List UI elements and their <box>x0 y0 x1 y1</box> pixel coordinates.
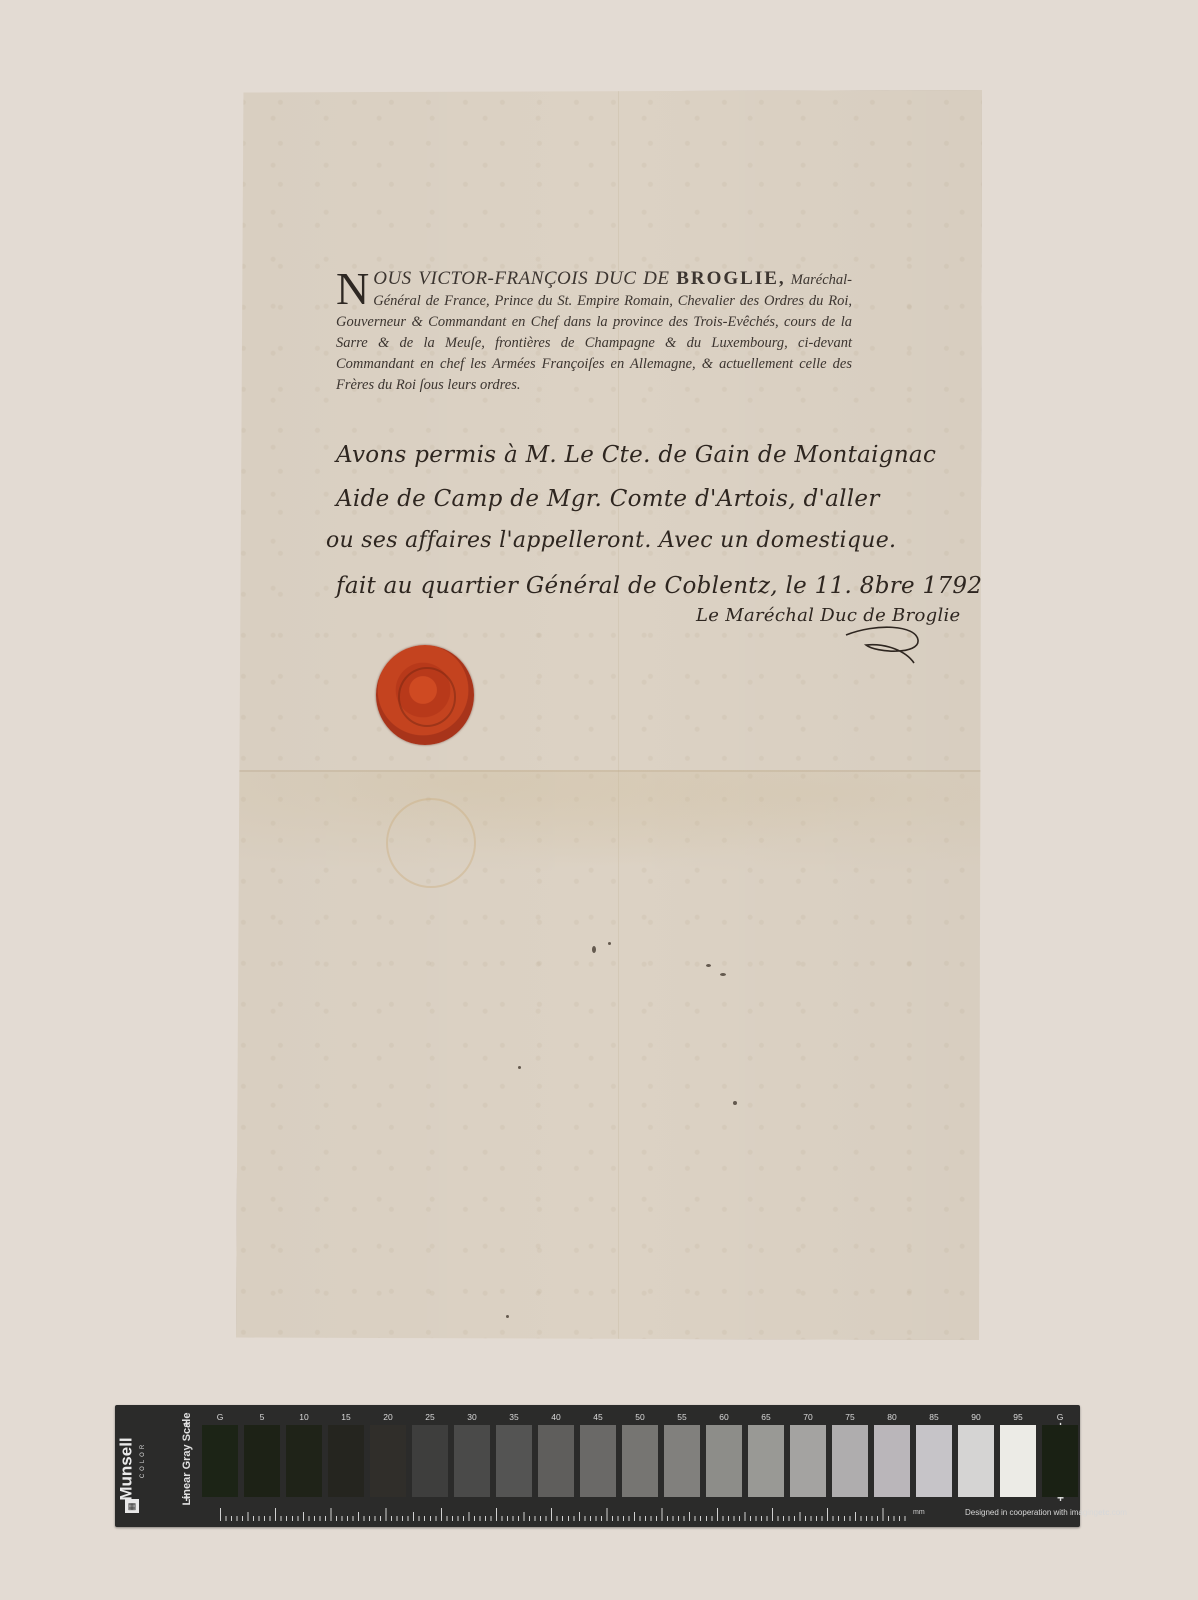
gray-patch <box>916 1425 952 1497</box>
gray-patch <box>328 1425 364 1497</box>
munsell-gray-scale-card: Munsell COLOR ▦ Linear Gray Scale + + + … <box>115 1405 1080 1527</box>
munsell-brand: Munsell COLOR ▦ <box>121 1419 157 1515</box>
patch-label: 40 <box>551 1409 560 1425</box>
credit-text: Designed in cooperation with imagingetc.… <box>965 1508 1127 1517</box>
patch-column: 40 <box>538 1409 574 1497</box>
brand-name: Munsell <box>117 1437 137 1500</box>
patch-label: 70 <box>803 1409 812 1425</box>
seal-impression-ghost <box>386 798 476 888</box>
patch-column: G <box>202 1409 238 1497</box>
gray-patch <box>622 1425 658 1497</box>
patch-column: 65 <box>748 1409 784 1497</box>
patch-label: 85 <box>929 1409 938 1425</box>
signature-flourish-icon <box>836 615 936 665</box>
patch-column: 70 <box>790 1409 826 1497</box>
patch-label: 5 <box>260 1409 265 1425</box>
patch-label: 75 <box>845 1409 854 1425</box>
handwritten-line-3: ou ses affaires l'appelleront. Avec un d… <box>326 528 896 553</box>
patch-column: G <box>1042 1409 1078 1497</box>
patch-label: 10 <box>299 1409 308 1425</box>
brand-subtitle: COLOR <box>140 1442 146 1478</box>
munsell-logo-icon: ▦ <box>125 1499 139 1513</box>
patch-label: 55 <box>677 1409 686 1425</box>
gray-patch <box>958 1425 994 1497</box>
patch-label: 35 <box>509 1409 518 1425</box>
patch-label: 65 <box>761 1409 770 1425</box>
printed-heading: OUS VICTOR-FRANÇOIS DUC DE BROGLIE, <box>373 268 785 289</box>
gray-patch <box>580 1425 616 1497</box>
ink-spot <box>706 964 711 967</box>
heading-title: OUS VICTOR-FRANÇOIS DUC DE <box>373 268 676 289</box>
gray-patch <box>706 1425 742 1497</box>
handwritten-line-2: Aide de Camp de Mgr. Comte d'Artois, d'a… <box>336 486 880 512</box>
ruler-unit: mm <box>913 1509 925 1516</box>
printed-header-text: N OUS VICTOR-FRANÇOIS DUC DE BROGLIE, Ma… <box>336 268 852 396</box>
credit-bold: etc <box>1098 1508 1110 1517</box>
mm-ruler <box>220 1507 906 1521</box>
handwritten-line-1: Avons permis à M. Le Cte. de Gain de Mon… <box>336 442 936 468</box>
patch-column: 90 <box>958 1409 994 1497</box>
patch-column: 60 <box>706 1409 742 1497</box>
handwritten-line-4: fait au quartier Général de Coblentz, le… <box>336 573 982 599</box>
wax-seal <box>376 645 474 745</box>
patch-column: 45 <box>580 1409 616 1497</box>
gray-patch <box>1042 1425 1078 1497</box>
patch-label: 20 <box>383 1409 392 1425</box>
gray-patch <box>1000 1425 1036 1497</box>
foxing-stain <box>236 770 982 890</box>
gray-patch <box>370 1425 406 1497</box>
patch-column: 75 <box>832 1409 868 1497</box>
patch-column: 15 <box>328 1409 364 1497</box>
patch-label: G <box>217 1409 224 1425</box>
patch-label: 25 <box>425 1409 434 1425</box>
patch-column: 30 <box>454 1409 490 1497</box>
credit-prefix: Designed in cooperation with imaging <box>965 1508 1098 1517</box>
gray-patch <box>748 1425 784 1497</box>
gray-patch <box>538 1425 574 1497</box>
ink-spot <box>592 946 596 953</box>
gray-patch <box>412 1425 448 1497</box>
heading-name: BROGLIE, <box>676 268 785 289</box>
ink-spot <box>608 942 611 945</box>
patch-column: 5 <box>244 1409 280 1497</box>
manuscript-page: N OUS VICTOR-FRANÇOIS DUC DE BROGLIE, Ma… <box>236 90 982 1340</box>
credit-suffix: .com <box>1110 1508 1127 1517</box>
patch-label: G <box>1057 1409 1064 1425</box>
patch-label: 15 <box>341 1409 350 1425</box>
patch-column: 50 <box>622 1409 658 1497</box>
patch-label: 60 <box>719 1409 728 1425</box>
gray-patch <box>874 1425 910 1497</box>
registration-plus-icon: + <box>183 1491 190 1505</box>
patch-label: 45 <box>593 1409 602 1425</box>
gray-patches: G5101520253035404550556065707580859095G <box>202 1409 1078 1497</box>
registration-plus-icon: + <box>183 1417 190 1431</box>
gray-patch <box>832 1425 868 1497</box>
ink-spot <box>506 1315 509 1318</box>
patch-column: 25 <box>412 1409 448 1497</box>
dropcap-letter: N <box>336 270 369 308</box>
printed-body: Maréchal-Général de France, Prince du St… <box>336 272 852 393</box>
gray-patch <box>454 1425 490 1497</box>
patch-column: 35 <box>496 1409 532 1497</box>
gray-patch <box>286 1425 322 1497</box>
patch-column: 10 <box>286 1409 322 1497</box>
patch-label: 80 <box>887 1409 896 1425</box>
patch-column: 85 <box>916 1409 952 1497</box>
patch-column: 80 <box>874 1409 910 1497</box>
ink-spot <box>720 973 726 976</box>
patch-column: 55 <box>664 1409 700 1497</box>
patch-label: 90 <box>971 1409 980 1425</box>
gray-patch <box>244 1425 280 1497</box>
patch-column: 20 <box>370 1409 406 1497</box>
patch-label: 30 <box>467 1409 476 1425</box>
gray-patch <box>664 1425 700 1497</box>
patch-label: 50 <box>635 1409 644 1425</box>
gray-patch <box>202 1425 238 1497</box>
ink-spot <box>733 1101 737 1105</box>
ink-spot <box>518 1066 521 1069</box>
horizontal-fold-line <box>236 770 982 772</box>
patch-column: 95 <box>1000 1409 1036 1497</box>
gray-patch <box>790 1425 826 1497</box>
patch-label: 95 <box>1013 1409 1022 1425</box>
gray-patch <box>496 1425 532 1497</box>
